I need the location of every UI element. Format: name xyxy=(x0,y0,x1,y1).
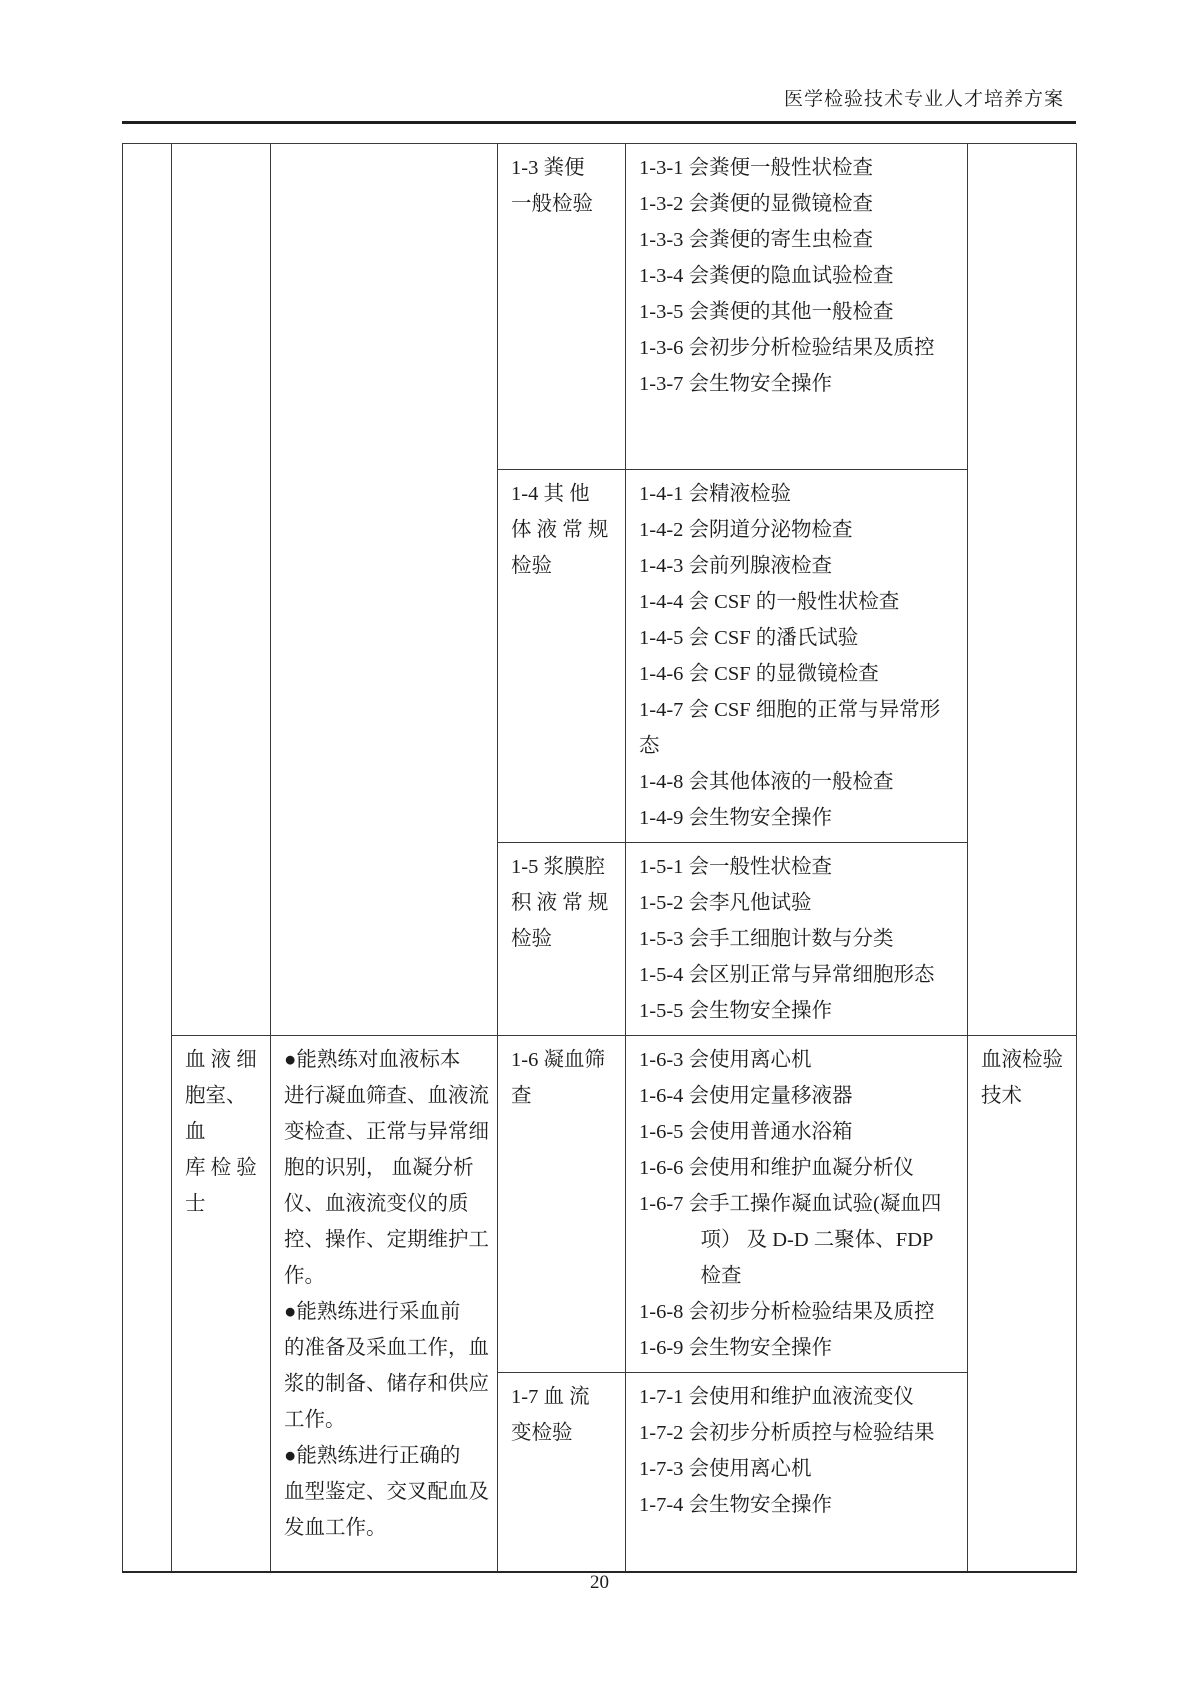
task-label-cell: 1-6 凝血筛 查 xyxy=(498,1036,626,1373)
page-number: 20 xyxy=(0,1572,1199,1594)
task-label-cell: 1-4 其 他 体 液 常 规 检验 xyxy=(498,470,626,843)
task-item: 1-7-3 会使用离心机 xyxy=(639,1451,961,1487)
task-item: 1-5-4 会区别正常与异常细胞形态 xyxy=(639,957,961,993)
task-item: 1-4-7 会 CSF 细胞的正常与异常形 态 xyxy=(639,692,961,764)
task-label-cell: 1-5 浆膜腔 积 液 常 规 检验 xyxy=(498,843,626,1036)
task-item: 1-5-2 会李凡他试验 xyxy=(639,885,961,921)
task-item: 1-3-5 会粪便的其他一般检查 xyxy=(639,294,961,330)
training-tasks-table: 1-3 粪便 一般检验1-3-1 会粪便一般性状检查1-3-2 会粪便的显微镜检… xyxy=(122,143,1077,1573)
task-items-cell: 1-6-3 会使用离心机1-6-4 会使用定量移液器1-6-5 会使用普通水浴箱… xyxy=(626,1036,968,1373)
task-item: 1-4-1 会精液检验 xyxy=(639,476,961,512)
task-item: 1-6-6 会使用和维护血凝分析仪 xyxy=(639,1150,961,1186)
task-item: 1-4-6 会 CSF 的显微镜检查 xyxy=(639,656,961,692)
task-item: 1-6-8 会初步分析检验结果及质控 xyxy=(639,1294,961,1330)
task-item: 1-3-7 会生物安全操作 xyxy=(639,366,961,402)
task-item: 1-3-4 会粪便的隐血试验检查 xyxy=(639,258,961,294)
table-container: 1-3 粪便 一般检验1-3-1 会粪便一般性状检查1-3-2 会粪便的显微镜检… xyxy=(122,143,1077,1573)
task-item: 1-3-6 会初步分析检验结果及质控 xyxy=(639,330,961,366)
category-cell xyxy=(968,144,1077,1036)
task-items-cell: 1-3-1 会粪便一般性状检查1-3-2 会粪便的显微镜检查1-3-3 会粪便的… xyxy=(626,144,968,470)
task-item: 1-3-3 会粪便的寄生虫检查 xyxy=(639,222,961,258)
task-item: 1-6-4 会使用定量移液器 xyxy=(639,1078,961,1114)
task-item: 1-7-2 会初步分析质控与检验结果 xyxy=(639,1415,961,1451)
competency-cell: ●能熟练对血液标本 进行凝血筛查、血液流 变检查、正常与异常细 胞的识别， 血凝… xyxy=(271,1036,498,1572)
header-rule xyxy=(122,121,1076,124)
job-title-cell xyxy=(172,144,271,1036)
task-item: 1-6-5 会使用普通水浴箱 xyxy=(639,1114,961,1150)
task-item: 1-3-1 会粪便一般性状检查 xyxy=(639,150,961,186)
left-margin-cell xyxy=(123,144,172,1572)
task-item: 1-7-1 会使用和维护血液流变仪 xyxy=(639,1379,961,1415)
page-header-title: 医学检验技术专业人才培养方案 xyxy=(122,86,1076,114)
task-item: 1-4-5 会 CSF 的潘氏试验 xyxy=(639,620,961,656)
task-items-cell: 1-4-1 会精液检验1-4-2 会阴道分泌物检查1-4-3 会前列腺液检查1-… xyxy=(626,470,968,843)
task-label-cell: 1-3 粪便 一般检验 xyxy=(498,144,626,470)
job-title-cell: 血 液 细 胞室、血 库 检 验 士 xyxy=(172,1036,271,1572)
task-item: 1-5-3 会手工细胞计数与分类 xyxy=(639,921,961,957)
task-item: 1-3-2 会粪便的显微镜检查 xyxy=(639,186,961,222)
task-item: 1-4-2 会阴道分泌物检查 xyxy=(639,512,961,548)
task-item: 1-6-7 会手工操作凝血试验(凝血四 项） 及 D-D 二聚体、FDP 检查 xyxy=(639,1186,961,1294)
task-item: 1-6-3 会使用离心机 xyxy=(639,1042,961,1078)
task-items-cell: 1-7-1 会使用和维护血液流变仪1-7-2 会初步分析质控与检验结果1-7-3… xyxy=(626,1373,968,1572)
category-cell: 血液检验 技术 xyxy=(968,1036,1077,1572)
competency-cell xyxy=(271,144,498,1036)
task-item: 1-4-8 会其他体液的一般检查 xyxy=(639,764,961,800)
task-label-cell: 1-7 血 流 变检验 xyxy=(498,1373,626,1572)
task-items-cell: 1-5-1 会一般性状检查1-5-2 会李凡他试验1-5-3 会手工细胞计数与分… xyxy=(626,843,968,1036)
table-row: 血 液 细 胞室、血 库 检 验 士●能熟练对血液标本 进行凝血筛查、血液流 变… xyxy=(123,1036,1077,1373)
table-row: 1-3 粪便 一般检验1-3-1 会粪便一般性状检查1-3-2 会粪便的显微镜检… xyxy=(123,144,1077,470)
task-item: 1-4-3 会前列腺液检查 xyxy=(639,548,961,584)
task-item: 1-6-9 会生物安全操作 xyxy=(639,1330,961,1366)
task-item: 1-5-5 会生物安全操作 xyxy=(639,993,961,1029)
task-item: 1-7-4 会生物安全操作 xyxy=(639,1487,961,1523)
document-page: 医学检验技术专业人才培养方案 1-3 粪便 一般检验1-3-1 会粪便一般性状检… xyxy=(0,0,1199,1696)
task-item: 1-5-1 会一般性状检查 xyxy=(639,849,961,885)
task-item: 1-4-4 会 CSF 的一般性状检查 xyxy=(639,584,961,620)
task-item: 1-4-9 会生物安全操作 xyxy=(639,800,961,836)
